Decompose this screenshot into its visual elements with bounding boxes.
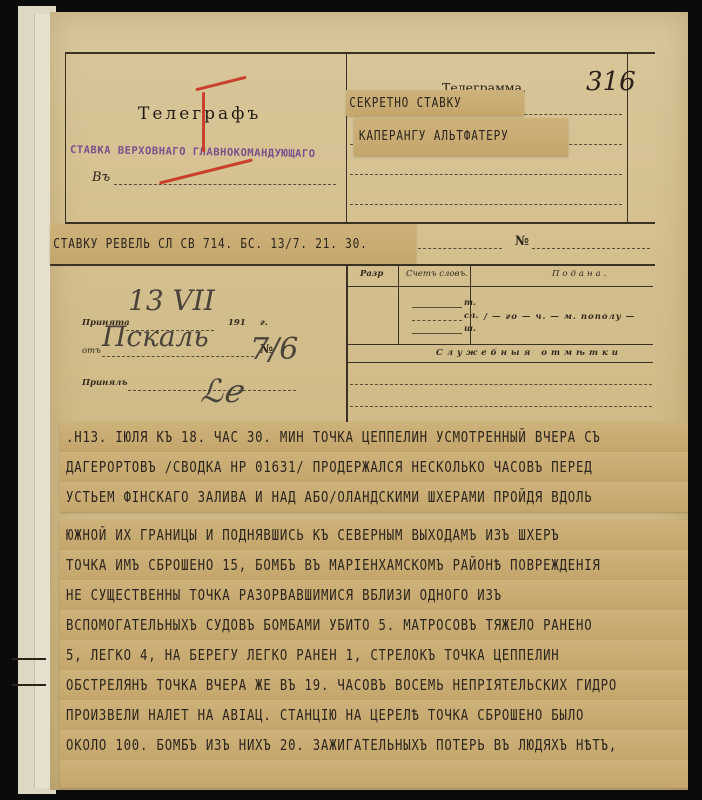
from-line: [102, 356, 254, 357]
addressee-tape-2: КАПЕРАНГУ АЛЬТФАТЕРУ: [354, 118, 568, 156]
message-line: ОБСТРЕЛЯНЪ ТОЧКА ВЧЕРА ЖЕ ВЪ 19. ЧАСОВЪ …: [60, 670, 688, 700]
address-line: [350, 174, 622, 175]
message-line: УСТЬЕМ ФІНСКАГО ЗАЛИВА И НАД АБО/ОЛАНДСК…: [60, 482, 688, 512]
word-count-line: [412, 333, 462, 334]
word-count-row-label: т.: [464, 298, 476, 308]
word-count-row-label: ш.: [464, 324, 476, 334]
red-pencil-mark: [202, 92, 205, 152]
telegram-sheet: Телеграфъ СТАВКА ВЕРХОВНАГО ГЛАВНОКОМАНД…: [50, 12, 688, 790]
message-line: 5, ЛЕГКО 4, НА БЕРЕГУ ЛЕГКО РАНЕН 1, СТР…: [60, 640, 688, 670]
form-title-telegraph: Телеграфъ: [138, 104, 261, 124]
service-table-col-divider: [398, 266, 399, 344]
message-line: ДАГЕРОРТОВЪ /СВОДКА НР 01631/ ПРОДЕРЖАЛС…: [60, 452, 688, 482]
service-notes-line: [350, 406, 652, 407]
blank-tape: [60, 760, 688, 788]
addressee-line-2: КАПЕРАНГУ АЛЬТФАТЕРУ: [354, 118, 509, 144]
service-notes-rule: [348, 362, 653, 363]
service-notes-line: [350, 384, 652, 385]
handwritten-signature: ℒℯ: [200, 372, 242, 410]
submitted-column-header: Подана.: [552, 269, 609, 279]
word-count-line: [412, 320, 462, 321]
word-count-line: [412, 307, 462, 308]
message-line: .Н13. ІЮЛЯ КЪ 18. ЧАС 30. МИН ТОЧКА ЦЕПП…: [60, 422, 688, 452]
service-table-rule: [348, 344, 653, 345]
message-line: ПРОИЗВЕЛИ НАЛЕТ НА АВІАЦ. СТАНЦІЮ НА ЦЕР…: [60, 700, 688, 730]
number-sign: №: [515, 234, 529, 249]
message-line: НЕ СУЩЕСТВЕННЫ ТОЧКА РАЗОРВАВШИМИСЯ ВБЛИ…: [60, 580, 688, 610]
word-count-row-label: сл.: [464, 311, 478, 321]
message-line: ОКОЛО 100. БОМБЪ ИЗЪ НИХЪ 20. ЗАЖИГАТЕЛЬ…: [60, 730, 688, 760]
year-suffix: г.: [260, 318, 268, 328]
message-line: ВСПОМОГАТЕЛЬНЫХЪ СУДОВЪ БОМБАМИ УБИТО 5.…: [60, 610, 688, 640]
telegraph-box: [65, 54, 346, 222]
handwritten-origin: Пскаль: [102, 320, 209, 353]
binding-tear: [12, 658, 46, 660]
to-line: [114, 184, 336, 185]
routing-line: [418, 248, 502, 249]
routing-text: СТАВКУ РЕВЕЛЬ СЛ СВ 714. БС. 13/7. 21. 3…: [50, 224, 368, 252]
received-label: Принялъ: [82, 378, 128, 388]
handwritten-receipt-number: 7/6: [250, 332, 298, 367]
address-line: [350, 204, 622, 205]
year-label: 191: [228, 318, 246, 328]
service-table-left-border: [346, 264, 348, 422]
handwritten-page-number: 316: [586, 67, 636, 97]
message-line: ТОЧКА ИМЪ СБРОШЕНО 15, БОМБЪ ВЪ МАРІЕНХА…: [60, 550, 688, 580]
word-count-column-header: Счетъ словъ.: [406, 269, 468, 279]
routing-tape: СТАВКУ РЕВЕЛЬ СЛ СВ 714. БС. 13/7. 21. 3…: [50, 224, 416, 264]
submitted-time-line: / — го — ч. — м. пополу —: [484, 312, 635, 322]
addressee-line-1: СЕКРЕТНО СТАВКУ: [346, 90, 462, 111]
number-line: [532, 248, 650, 249]
service-header-rule: [348, 286, 653, 287]
service-notes-label: Служебныя отмѣтки: [436, 348, 622, 358]
message-line: ЮЖНОЙ ИХ ГРАНИЦЫ И ПОДНЯВШИСЬ КЪ СЕВЕРНЫ…: [60, 520, 688, 550]
addressee-tape-1: СЕКРЕТНО СТАВКУ: [346, 90, 524, 116]
to-label: Въ: [92, 170, 110, 185]
section-rule: [50, 264, 655, 266]
handwritten-date: 13 VII: [128, 284, 215, 317]
from-label: отъ: [82, 346, 101, 356]
binding-tear: [12, 684, 46, 686]
rank-column-header: Разр: [360, 269, 383, 279]
